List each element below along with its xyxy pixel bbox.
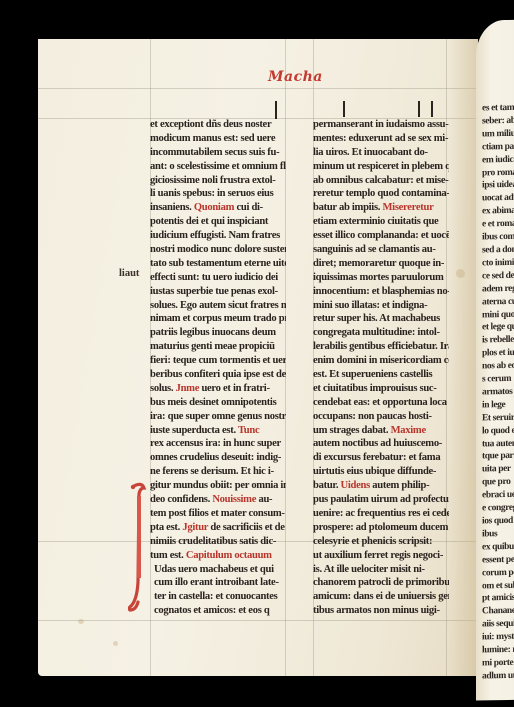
text-line: in lege	[482, 398, 514, 412]
text-line: e congrega	[482, 501, 514, 515]
text-line: nimiis crudelitatibus satis dic-	[150, 535, 286, 549]
text-line: es et tamen	[482, 101, 514, 115]
text-line: seber: abiu	[482, 114, 514, 128]
text-line: minum ut respiceret in plebem que	[313, 160, 449, 174]
text-line: um milium	[482, 127, 514, 141]
text-line: uita per	[482, 463, 514, 477]
text-line: ut auxilium ferret regis negoci-	[313, 549, 449, 563]
text-line: armatos	[482, 385, 514, 399]
text-line: pta est. Jgitur de sacrificiis et de	[150, 521, 286, 535]
ascender-stroke	[343, 101, 345, 117]
text-line: ibus compa	[482, 230, 514, 244]
text-line: uirtutis eius ubique diffunde-	[313, 465, 449, 479]
text-line: que pro	[482, 476, 514, 490]
rubric-heading: Capitulum octauum	[184, 550, 272, 561]
text-line: batur ab impiis. Misereretur	[313, 201, 449, 215]
text-line: uocat aduc	[482, 192, 514, 206]
text-line: ibus	[482, 527, 514, 541]
text-line: ex quibus pars	[482, 540, 514, 554]
text-line: beribus confiteri quia ipse est deus	[150, 368, 286, 382]
text-line: lia uiros. Et inuocabant do-	[313, 146, 449, 160]
text-line: chanorem patrocli de primoribus	[313, 576, 449, 590]
text-line: e et romanos	[482, 218, 514, 232]
foxing-stain	[78, 619, 84, 624]
text-line: modicum manus est: sed uere	[150, 132, 286, 146]
text-column-left: et exceptiont dñs deus nostermodicum man…	[150, 118, 286, 618]
text-line: ce sed dei	[482, 269, 514, 283]
text-line: deo confidens. Nouissime au-	[150, 493, 286, 507]
rubricated-text: Misereretur	[382, 202, 433, 213]
text-line: em iudicat	[482, 153, 514, 167]
ascender-stroke	[418, 101, 420, 117]
rubricated-text: Quoniam	[194, 202, 234, 213]
text-line: mi porte sum	[482, 656, 514, 670]
text-line: celesyrie et phenicis scripsit:	[313, 535, 449, 549]
text-line: tem post filios et mater consum-	[150, 507, 286, 521]
rubricated-text: Jnme	[176, 383, 200, 394]
text-line: cto inimicos	[482, 256, 514, 270]
text-line: insaniens. Quoniam cui di-	[150, 201, 286, 215]
text-line: tua autem	[482, 437, 514, 451]
rubricated-text: Uidens	[341, 480, 370, 491]
text-line: essent pede	[482, 553, 514, 567]
text-line: ctiam pariter	[482, 140, 514, 154]
text-line: incommutabilem secus suis fu-	[150, 146, 286, 160]
text-line: innocentium: et blasphemias no-	[313, 285, 449, 299]
text-line: is. At ille uelociter misit ni-	[313, 563, 449, 577]
text-line: esset illico complananda: et uocē	[313, 229, 449, 243]
text-line: iudicium effugisti. Nam fratres	[150, 229, 286, 243]
text-line: cognatos et amicos: et eos q	[150, 604, 286, 618]
text-line: tque parui	[482, 450, 514, 464]
text-line: est. Et superueniens castellis	[313, 368, 449, 382]
text-line: gitur mundus obiit: per omnia in	[150, 479, 286, 493]
text-line: congregata multitudine: intol-	[313, 326, 449, 340]
text-line: ex abimanec	[482, 205, 514, 219]
text-line: Udas uero machabeus et qui	[150, 563, 286, 577]
text-line: nos ab eo	[482, 359, 514, 373]
text-line: reretur templo quod contamina-	[313, 187, 449, 201]
text-line: etiam exterminio ciuitatis que	[313, 215, 449, 229]
text-line: et ciuitatibus improuisus suc-	[313, 382, 449, 396]
facing-page-text: es et tamenseber: abiuum miliumctiam par…	[482, 101, 514, 683]
text-line: is rebellem	[482, 334, 514, 348]
text-line: cum illo erant introibant late-	[150, 576, 286, 590]
text-line: ipsi uidea	[482, 179, 514, 193]
text-line: sed a domini	[482, 243, 514, 257]
text-line: lo quod ex	[482, 424, 514, 438]
manuscript-page: Macha liaut et exceptiont dñs deus noste…	[38, 39, 478, 676]
rubricated-text: Jgitur	[182, 522, 208, 533]
text-line: Chananeis	[482, 605, 514, 619]
text-line: s cerum	[482, 372, 514, 386]
text-line: sanguinis ad se clamantis au-	[313, 243, 449, 257]
rubricated-text: Tunc	[238, 425, 259, 436]
text-line: ne ferens se derisum. Et hic i-	[150, 465, 286, 479]
ruling-line-horizontal	[38, 88, 478, 89]
text-line: omnes crudelius deseuit: indig-	[150, 451, 286, 465]
text-line: iquissimas mortes paruulorum	[313, 271, 449, 285]
text-line: adlum uultum	[482, 669, 514, 683]
text-line: fieri: teque cum tormentis et uer-	[150, 354, 286, 368]
text-line: ios quod	[482, 514, 514, 528]
text-line: amicum: dans ei de uniuersis gen-	[313, 590, 449, 604]
text-line: lerabilis gentibus efficiebatur. Ira	[313, 340, 449, 354]
text-line: uenire: ac frequentius res ei cedere	[313, 507, 449, 521]
text-line: et exceptiont dñs deus noster	[150, 118, 286, 132]
text-line: nimam et corpus meum trado pro	[150, 312, 286, 326]
text-column-right: permanserant in iudaismo assu-mentes: ed…	[313, 118, 449, 618]
text-line: tibus armatos non minus uigi-	[313, 604, 449, 618]
decorated-initial-j	[128, 482, 148, 612]
text-line: om et sub	[482, 579, 514, 593]
text-line: aiis sequi uolen	[482, 618, 514, 632]
text-line: iustas superbie tue penas exol-	[150, 285, 286, 299]
running-head: Macha	[268, 69, 323, 85]
text-line: ter in castella: et conuocantes	[150, 590, 286, 604]
text-line: solues. Ego autem sicut fratres mei a-	[150, 299, 286, 313]
text-line: corum pes	[482, 566, 514, 580]
text-line: ab omnibus calcabatur: et mise-	[313, 174, 449, 188]
text-line: patriis legibus inuocans deum	[150, 326, 286, 340]
foxing-stain	[113, 641, 118, 646]
text-line: cendebat eas: et opportuna loca	[313, 396, 449, 410]
text-line: retur super his. At machabeus	[313, 312, 449, 326]
text-line: maturius genti meae propiciū	[150, 340, 286, 354]
text-line: mini quos	[482, 308, 514, 322]
text-line: plos et iud	[482, 347, 514, 361]
foxing-stain	[456, 269, 465, 278]
text-line: ebraci uer	[482, 489, 514, 503]
text-line: prospere: ad ptolomeum ducem	[313, 521, 449, 535]
text-line: iuste superducta est. Tunc	[150, 424, 286, 438]
text-line: pro romanis	[482, 166, 514, 180]
text-line: effecti sunt: tu uero iudicio dei	[150, 271, 286, 285]
text-line: adem regis	[482, 282, 514, 296]
text-line: ant: o scelestissime et omnium fla-	[150, 160, 286, 174]
text-line: bus meis desinet omnipotentis	[150, 396, 286, 410]
text-line: mentes: eduxerunt ad se sex mi-	[313, 132, 449, 146]
ascender-stroke	[275, 101, 277, 119]
text-line: aterna cum	[482, 295, 514, 309]
text-line: giciosissime noli frustra extol-	[150, 174, 286, 188]
text-line: solus. Jnme uero et in fratri-	[150, 382, 286, 396]
text-line: batur. Uidens autem philip-	[313, 479, 449, 493]
ruling-line-horizontal	[38, 620, 478, 621]
rubricated-text: Maxime	[391, 425, 426, 436]
text-line: Et seruirent	[482, 411, 514, 425]
text-line: nostri modico nunc dolore sustent-	[150, 243, 286, 257]
text-line: tato sub testamentum eterne uite	[150, 257, 286, 271]
rubricated-text: Nouissime	[212, 494, 256, 505]
text-line: permanserant in iudaismo assu-	[313, 118, 449, 132]
text-line: ira: que super omne genus nostrum	[150, 410, 286, 424]
text-line: et lege quod	[482, 321, 514, 335]
text-line: li uanis spebus: in seruos eius	[150, 187, 286, 201]
text-line: iui: mysticum	[482, 631, 514, 645]
text-line: mini suo illatas: et indigna-	[313, 299, 449, 313]
text-line: potentis dei et qui inspiciant	[150, 215, 286, 229]
text-line: diret; memoraretur quoque in-	[313, 257, 449, 271]
ascender-stroke	[431, 101, 433, 117]
text-line: pus paulatim uirum ad profectum	[313, 493, 449, 507]
text-line: lumine: m	[482, 643, 514, 657]
text-line: enim domini in misericordiam conuersa	[313, 354, 449, 368]
text-line: um strages dabat. Maxime	[313, 424, 449, 438]
text-line: autem noctibus ad huiuscemo-	[313, 437, 449, 451]
margin-note: liaut	[119, 268, 139, 279]
text-line: occupans: non paucas hosti-	[313, 410, 449, 424]
text-line: rex accensus ira: in hunc super	[150, 437, 286, 451]
text-line: pt amicis	[482, 592, 514, 606]
facing-page-edge: es et tamenseber: abiuum miliumctiam par…	[476, 19, 514, 700]
text-line: tum est. Capitulum octauum	[150, 549, 286, 563]
text-line: di excursus ferebatur: et fama	[313, 451, 449, 465]
